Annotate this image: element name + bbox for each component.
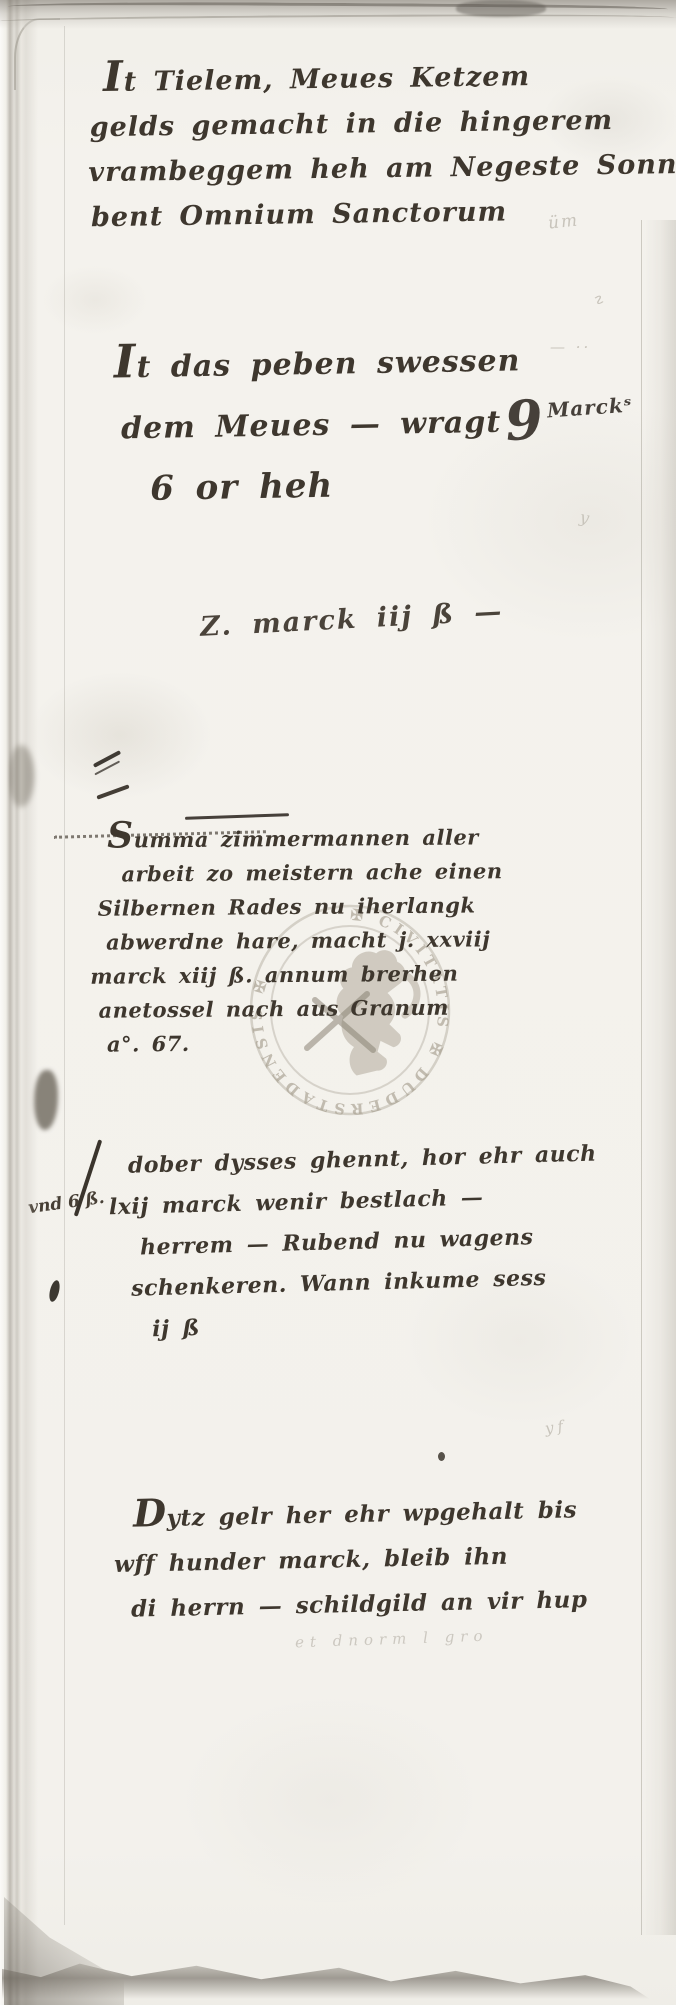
manuscript-line: bent Omnium Sanctorum <box>91 187 676 240</box>
ink-smudge <box>93 750 121 768</box>
bleedthrough-mark: et dnorm l gro <box>295 1627 489 1652</box>
binding-edge-left <box>0 0 40 2005</box>
entry-spesen: It das peben swessen dem Meues — wragt 6… <box>103 324 523 520</box>
page-edge-blotch <box>456 0 546 17</box>
page-fold-line <box>64 26 65 1925</box>
manuscript-line: 6 or heh <box>150 452 523 519</box>
manuscript-line: di herrn — schildgild an vir hup <box>131 1577 588 1632</box>
manuscript-line: It das peben swessen <box>113 324 521 398</box>
amount-annotation: 9 Marckˢ <box>503 381 635 454</box>
page-corner-topleft <box>14 18 60 90</box>
manuscript-line: gelds gemacht in die hingerem <box>89 97 676 150</box>
entry-heading: It Tielem, Meues Ketzem gelds gemacht in… <box>89 46 676 240</box>
manuscript-line: dem Meues — wragt <box>121 391 522 459</box>
sum-line: Z. marck iij ß — <box>199 596 504 643</box>
manuscript-line: anetossel nach aus Granum <box>98 990 503 1028</box>
page-edge-right <box>641 220 676 1935</box>
manuscript-line: Summa zimmermannen aller <box>107 815 502 857</box>
bleedthrough-mark: — ·· <box>550 338 591 356</box>
manuscript-line: arbeit zo meistern ache einen <box>121 854 502 891</box>
entry-summa: Summa zimmermannen aller arbeit zo meist… <box>89 815 504 1062</box>
entry-dober: dober dysses ghennt, hor ehr auch lxij m… <box>99 1134 601 1352</box>
manuscript-line: It Tielem, Meues Ketzem <box>103 46 676 105</box>
manuscript-page: üm ∿ — ·· y et dnorm l gro yf ✠ CIVITATI… <box>0 0 676 2005</box>
manuscript-line: marck xiij ß. annum brerhen <box>90 956 503 994</box>
entry-dytz: Dytz gelr her ehr wpgehalt bis wff hunde… <box>117 1481 588 1632</box>
manuscript-line: a°. 67. <box>107 1024 504 1061</box>
ink-blot <box>47 1279 61 1303</box>
amount-number: 9 <box>503 387 545 453</box>
manuscript-line: Dytz gelr her ehr wpgehalt bis <box>133 1481 586 1541</box>
bleedthrough-mark: yf <box>544 1417 568 1438</box>
amount-unit: Marckˢ <box>546 393 633 423</box>
manuscript-line: abwerdne hare, macht j. xxviij <box>106 922 503 959</box>
ink-smudge <box>96 784 129 799</box>
manuscript-line: vrambeggem heh am Negeste Sonna <box>88 142 676 195</box>
ink-dot <box>438 1452 445 1461</box>
bleedthrough-mark: y <box>578 507 590 527</box>
manuscript-line: Silbernen Rades nu iherlangk <box>98 888 503 926</box>
bleedthrough-mark: ∿ <box>588 288 608 310</box>
